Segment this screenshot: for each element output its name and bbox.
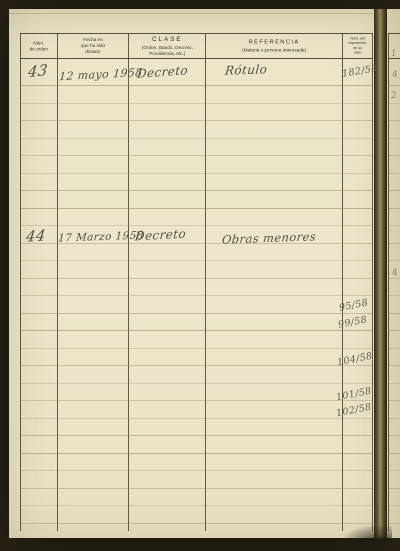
col-header-fecha: Fecha en que ha sido dictado (58, 34, 128, 58)
adjacent-page-fragment: 2 (390, 91, 397, 102)
adjacent-ruled-line (389, 313, 400, 314)
adjacent-ruled-line (389, 383, 400, 384)
adjacent-page-table-line (388, 33, 389, 531)
adjacent-page-fragment: 4 (391, 70, 398, 81)
header-bottom-border (20, 58, 373, 59)
ruled-line (21, 453, 372, 454)
adjacent-ruled-line (389, 488, 400, 489)
ruled-line (21, 400, 372, 401)
adjacent-ruled-line (389, 505, 400, 506)
ruled-line (21, 348, 372, 349)
adjacent-page-header-top (389, 33, 400, 34)
header-text: caso (348, 51, 367, 56)
adjacent-ruled-line (389, 208, 400, 209)
ruled-line (21, 383, 372, 384)
ruled-line (21, 85, 372, 86)
adjacent-ruled-line (389, 85, 400, 86)
adjacent-ruled-line (389, 470, 400, 471)
col-header-referencia: REFERENCIA (Materia o persona interesada… (206, 34, 342, 58)
ruled-line (21, 208, 372, 209)
page-top-edge (9, 13, 373, 14)
adjacent-page-fragment: 4 (391, 268, 398, 279)
header-title: CLASE (142, 36, 193, 44)
col-header-expediente: Núm. del expediente, en su caso (343, 34, 372, 58)
adjacent-ruled-line (389, 348, 400, 349)
ruled-line (21, 138, 372, 139)
header-text: Providencia, etc.) (142, 50, 193, 56)
column-line-4 (342, 33, 343, 531)
header-title: REFERENCIA (242, 39, 306, 47)
ledger-page (9, 9, 374, 538)
ruled-line (21, 225, 372, 226)
entry-44-class: Decreto (134, 227, 186, 244)
adjacent-ruled-line (389, 295, 400, 296)
ruled-line (21, 190, 372, 191)
ruled-line (21, 278, 372, 279)
entry-43-reference: Rótulo (224, 62, 268, 78)
ruled-line (21, 173, 372, 174)
ruled-line (21, 260, 372, 261)
ruled-line (21, 330, 372, 331)
scan-frame-left (0, 0, 9, 551)
ruled-line (21, 523, 372, 524)
scan-frame-top (0, 0, 400, 9)
adjacent-ruled-line (389, 278, 400, 279)
adjacent-ruled-line (389, 103, 400, 104)
scan-frame-bottom (0, 538, 400, 551)
adjacent-ruled-line (389, 365, 400, 366)
ruled-line (21, 295, 372, 296)
ruled-line (21, 505, 372, 506)
header-text: (Materia o persona interesada) (242, 47, 306, 53)
ruled-line (21, 313, 372, 314)
entry-44-number: 44 (25, 226, 47, 246)
col-header-num-orden: Núm. de orden (21, 34, 57, 58)
adjacent-ruled-line (389, 243, 400, 244)
ruled-line (21, 488, 372, 489)
adjacent-ruled-line (389, 138, 400, 139)
ruled-line (21, 470, 372, 471)
adjacent-ruled-line (389, 400, 400, 401)
adjacent-ruled-line (389, 260, 400, 261)
adjacent-ruled-line (389, 435, 400, 436)
adjacent-ruled-line (389, 330, 400, 331)
table-left-border (20, 33, 21, 531)
ruled-line (21, 103, 372, 104)
adjacent-ruled-line (389, 225, 400, 226)
adjacent-ruled-line (389, 418, 400, 419)
entry-43-number: 43 (27, 61, 49, 81)
col-header-clase: CLASE (Orden, Bando, Decreto, Providenci… (129, 34, 205, 58)
ruled-line (21, 120, 372, 121)
adjacent-ruled-line (389, 190, 400, 191)
adjacent-ruled-line (389, 120, 400, 121)
ruled-line (21, 418, 372, 419)
adjacent-ruled-line (389, 453, 400, 454)
book-gutter (374, 9, 387, 538)
header-text: dictado (81, 49, 105, 55)
adjacent-ruled-line (389, 173, 400, 174)
table-right-border (372, 33, 373, 531)
ruled-line (21, 365, 372, 366)
ruled-line (21, 155, 372, 156)
header-text: de orden (30, 46, 48, 52)
column-line-2 (128, 33, 129, 531)
adjacent-page-fragment: 1 (390, 49, 397, 60)
adjacent-ruled-line (389, 155, 400, 156)
column-line-3 (205, 33, 206, 531)
ruled-line (21, 435, 372, 436)
scanned-register-page: Núm. de orden Fecha en que ha sido dicta… (0, 0, 400, 551)
column-line-1 (57, 33, 58, 531)
